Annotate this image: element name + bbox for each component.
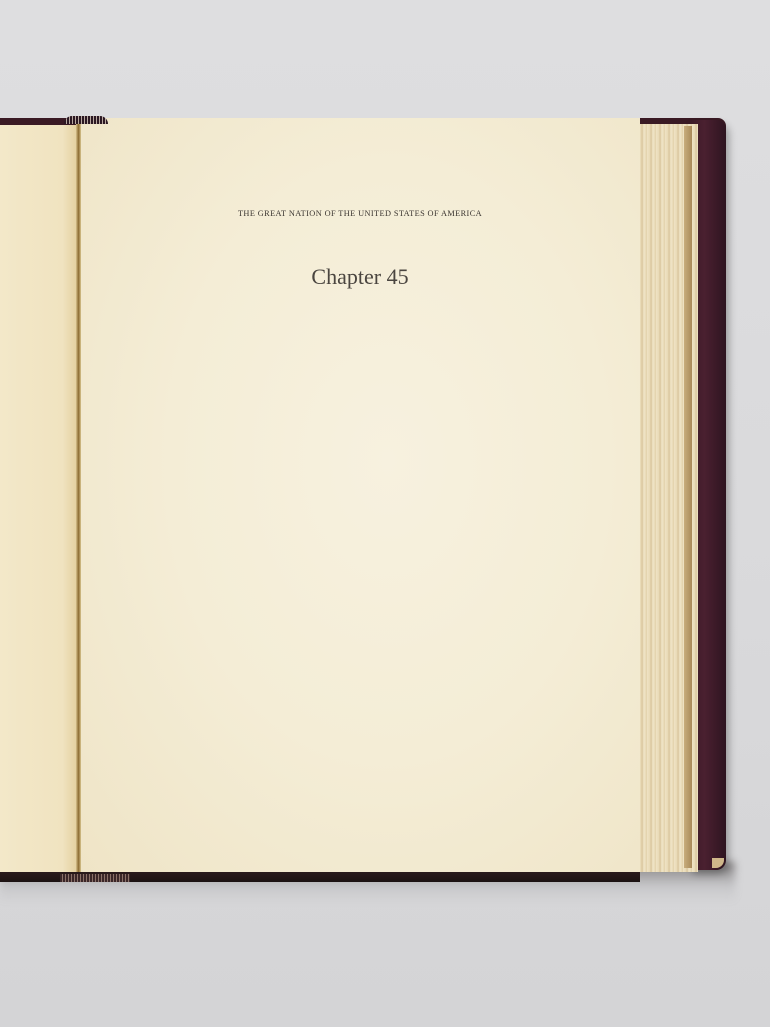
- book-gutter: [76, 120, 81, 878]
- headband: [64, 116, 108, 124]
- tailband: [60, 874, 130, 882]
- chapter-title: Chapter 45: [80, 264, 640, 290]
- left-page: [0, 125, 78, 873]
- open-book-photo: The Great Nation of the United States of…: [0, 0, 770, 1027]
- right-page: [80, 118, 640, 880]
- page-stack-shadow: [684, 126, 692, 868]
- running-head: The Great Nation of the United States of…: [80, 209, 640, 218]
